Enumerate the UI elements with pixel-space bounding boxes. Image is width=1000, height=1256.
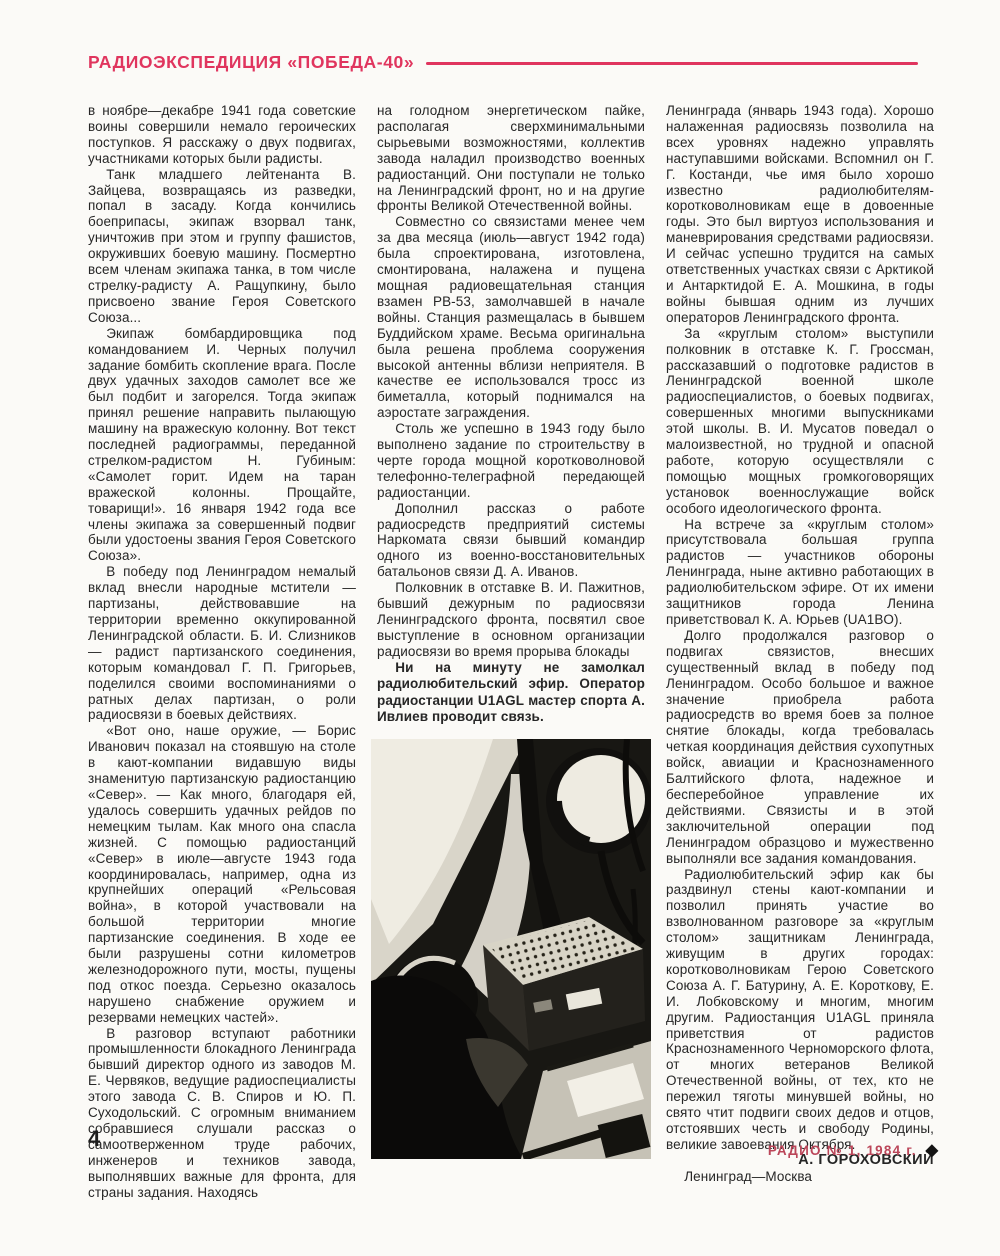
paragraph: За «круглым столом» выступили полковник … [666,326,934,517]
paragraph: «Вот оно, наше оружие, — Борис Иванович … [88,723,356,1025]
paragraph: на голодном энергетическом пайке, распол… [377,103,645,214]
paragraph: Совместно со связистами менее чем за два… [377,214,645,421]
article-body: в ноябре—декабре 1941 года советские вои… [88,103,938,1201]
paragraph: в ноябре—декабре 1941 года советские вои… [88,103,356,167]
paragraph: Дополнил рассказ о работе радиосредств п… [377,501,645,581]
paragraph: Долго продолжался разговор о подвигах св… [666,628,934,867]
paragraph: Экипаж бомбардировщика под командованием… [88,326,356,565]
section-header: РАДИОЭКСПЕДИЦИЯ «ПОБЕДА-40» [88,52,918,73]
paragraph: Столь же успешно в 1943 году было выполн… [377,421,645,501]
paragraph: Полковник в отставке В. И. Пажитнов, быв… [377,580,645,660]
photo-caption: Ни на минуту не замолкал радиолюбительск… [377,660,645,726]
diamond-icon: ◆ [926,1140,938,1160]
column-2-text: на голодном энергетическом пайке, распол… [377,103,645,660]
dateline: Ленинград—Москва [666,1169,934,1185]
paragraph: На встрече за «круглым столом» присутств… [666,517,934,628]
text-column-3: Ленинграда (январь 1943 года). Хорошо на… [666,103,934,1201]
issue-label: РАДИО № 1, 1984 г. [768,1143,917,1158]
section-title: РАДИОЭКСПЕДИЦИЯ «ПОБЕДА-40» [88,52,414,73]
radio-operator-photo [371,739,651,1159]
header-rule [426,62,918,65]
issue-footer: РАДИО № 1, 1984 г. ◆ [768,1140,938,1160]
page-number: 4 [88,1126,100,1152]
paragraph: Ленинграда (январь 1943 года). Хорошо на… [666,103,934,326]
paragraph: В победу под Ленинградом немалый вклад в… [88,564,356,723]
column-3-text: Ленинграда (январь 1943 года). Хорошо на… [666,103,934,1153]
text-column-1: в ноябре—декабре 1941 года советские вои… [88,103,356,1201]
paragraph: Радиолюбительский эфир как бы раздвинул … [666,867,934,1153]
magazine-page: РАДИОЭКСПЕДИЦИЯ «ПОБЕДА-40» в ноябре—дек… [0,0,1000,1256]
paragraph: В разговор вступают работники промышленн… [88,1026,356,1201]
text-column-2: на голодном энергетическом пайке, распол… [377,103,645,1201]
paragraph: Танк младшего лейтенанта В. Зайцева, воз… [88,167,356,326]
